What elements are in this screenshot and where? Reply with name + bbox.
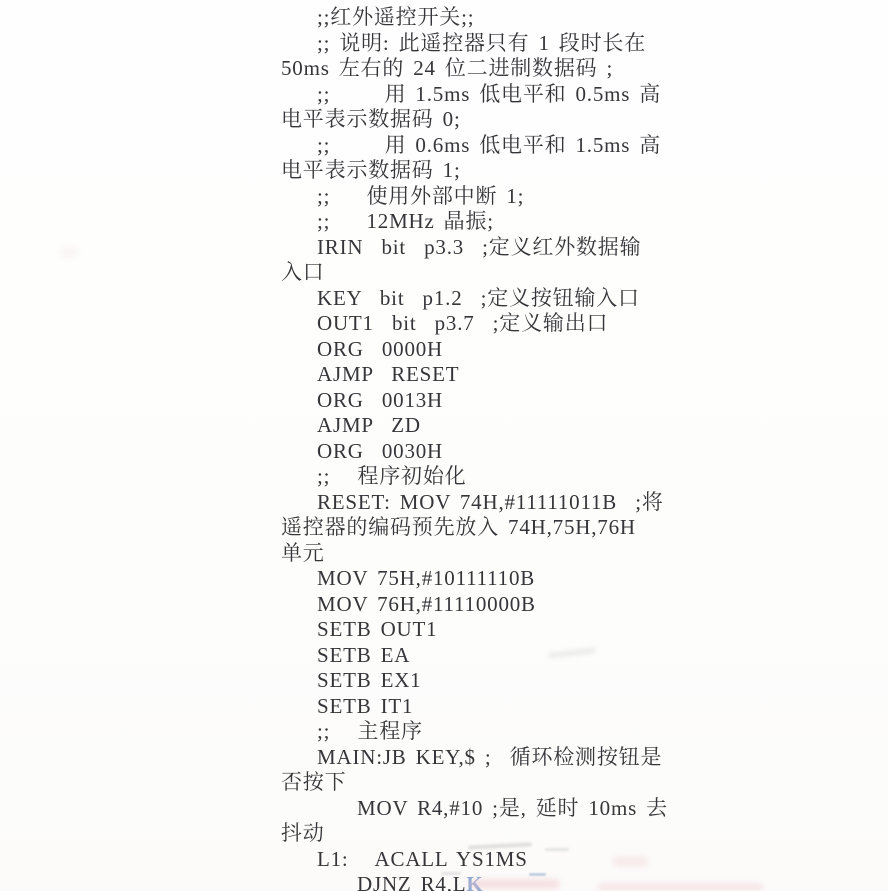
code-line: ORG 0013H xyxy=(281,388,661,414)
code-line: MOV 76H,#11110000B xyxy=(281,592,661,618)
code-line: 电平表示数据码 1; xyxy=(281,158,661,184)
code-line: AJMP ZD xyxy=(281,413,661,439)
code-line: SETB OUT1 xyxy=(281,617,661,643)
blue-ink-artifact: K xyxy=(466,872,482,891)
code-line: 单元 xyxy=(281,541,661,567)
code-line: 遥控器的编码预先放入 74H,75H,76H xyxy=(281,515,661,541)
code-line: 否按下 xyxy=(281,770,661,796)
code-line: OUT1 bit p3.7 ;定义输出口 xyxy=(281,311,661,337)
code-line: ;; 用 0.6ms 低电平和 1.5ms 高 xyxy=(281,133,661,159)
code-line: 50ms 左右的 24 位二进制数据码 ; xyxy=(281,56,661,82)
code-line: KEY bit p1.2 ;定义按钮输入口 xyxy=(281,286,661,312)
code-line: 电平表示数据码 0; xyxy=(281,107,661,133)
code-line: ;;红外遥控开关;; xyxy=(281,5,661,31)
code-line: AJMP RESET xyxy=(281,362,661,388)
code-line: ;; 主程序 xyxy=(281,719,661,745)
scanned-page: ;;红外遥控开关;;;; 说明: 此遥控器只有 1 段时长在50ms 左右的 2… xyxy=(0,0,888,891)
code-listing: ;;红外遥控开关;;;; 说明: 此遥控器只有 1 段时长在50ms 左右的 2… xyxy=(281,5,661,891)
code-line: 入口 xyxy=(281,260,661,286)
code-line: MAIN:JB KEY,$ ; 循环检测按钮是 xyxy=(281,745,661,771)
code-line: IRIN bit p3.3 ;定义红外数据输 xyxy=(281,235,661,261)
scan-smudge-pink xyxy=(60,247,78,257)
code-line: RESET: MOV 74H,#11111011B ;将 xyxy=(281,490,661,516)
code-line: ORG 0000H xyxy=(281,337,661,363)
code-line: ;; 程序初始化 xyxy=(281,464,661,490)
code-line: ;; 使用外部中断 1; xyxy=(281,184,661,210)
code-line: SETB EA xyxy=(281,643,661,669)
code-line: SETB EX1 xyxy=(281,668,661,694)
code-line: SETB IT1 xyxy=(281,694,661,720)
code-line: MOV R4,#10 ;是, 延时 10ms 去 xyxy=(281,796,661,822)
code-line: ;; 用 1.5ms 低电平和 0.5ms 高 xyxy=(281,82,661,108)
code-line: DJNZ R4,LK xyxy=(281,872,661,891)
code-line: ;; 说明: 此遥控器只有 1 段时长在 xyxy=(281,31,661,57)
code-line: MOV 75H,#10111110B xyxy=(281,566,661,592)
code-line: L1: ACALL YS1MS xyxy=(281,847,661,873)
code-line: ;; 12MHz 晶振; xyxy=(281,209,661,235)
code-line: ORG 0030H xyxy=(281,439,661,465)
code-line: 抖动 xyxy=(281,821,661,847)
